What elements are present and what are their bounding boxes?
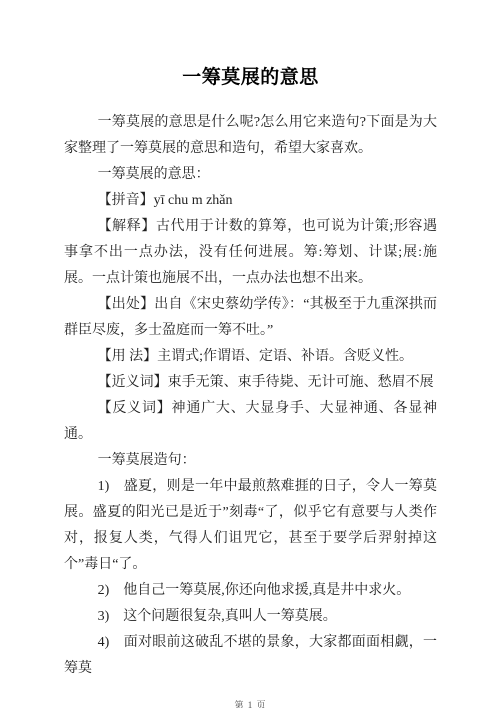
paragraph: 【反义词】神通广大、大显身手、大显神通、各显神通。 <box>64 396 437 448</box>
document-page: 一筹莫展的意思 一筹莫展的意思是什么呢?怎么用它来造句?下面是为大家整理了一筹莫… <box>0 0 500 708</box>
paragraph: 【用 法】主谓式;作谓语、定语、补语。含贬义性。 <box>64 344 437 370</box>
paragraph: 【解释】古代用于计数的算筹，也可说为计策;形容遇事拿不出一点办法，没有任何进展。… <box>64 214 437 292</box>
paragraph: 一筹莫展的意思： <box>64 162 437 188</box>
paragraph: 3) 这个问题很复杂,真叫人一筹莫展。 <box>64 604 437 630</box>
paragraph: 一筹莫展造句： <box>64 448 437 474</box>
paragraph: 1) 盛夏，则是一年中最煎熬难捱的日子，令人一筹莫展。盛夏的阳光已是近于”刻毒“… <box>64 474 437 578</box>
paragraph: 【拼音】yī chu m zhǎn <box>64 188 437 214</box>
document-body: 一筹莫展的意思是什么呢?怎么用它来造句?下面是为大家整理了一筹莫展的意思和造句，… <box>64 110 437 682</box>
paragraph: 2) 他自己一筹莫展,你还向他求援,真是井中求火。 <box>64 578 437 604</box>
paragraph: 一筹莫展的意思是什么呢?怎么用它来造句?下面是为大家整理了一筹莫展的意思和造句，… <box>64 110 437 162</box>
paragraph: 4) 面对眼前这破乱不堪的景象，大家都面面相觑，一筹莫 <box>64 630 437 682</box>
page-title: 一筹莫展的意思 <box>64 65 437 90</box>
page-footer: 第 1 页 <box>64 699 437 708</box>
paragraph: 【出处】出自《宋史蔡幼学传》：“其极至于九重深拱而群臣尽废，多士盈庭而一筹不吐。… <box>64 292 437 344</box>
paragraph: 【近义词】束手无策、束手待毙、无计可施、愁眉不展 <box>64 370 437 396</box>
